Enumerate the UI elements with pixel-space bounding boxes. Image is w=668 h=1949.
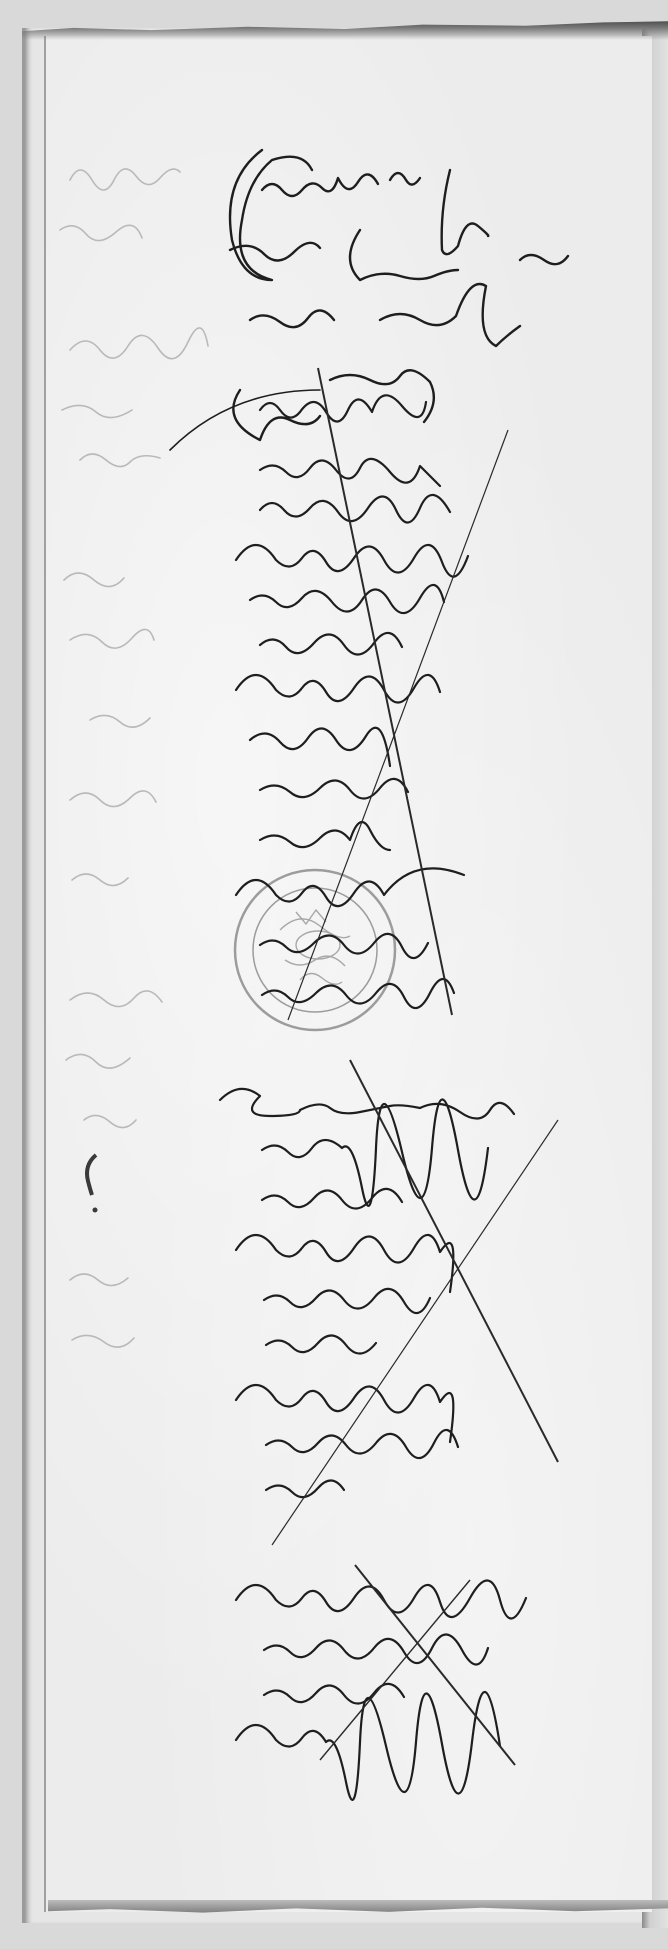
entry-1-block	[170, 390, 468, 1008]
entry-1-cross-out	[288, 368, 508, 1020]
entry-2-cross-out	[272, 1060, 558, 1545]
manuscript-scan	[0, 0, 668, 1949]
heading-block	[230, 150, 568, 440]
handwriting-layer	[0, 0, 668, 1949]
entry-3-block	[236, 1580, 526, 1799]
